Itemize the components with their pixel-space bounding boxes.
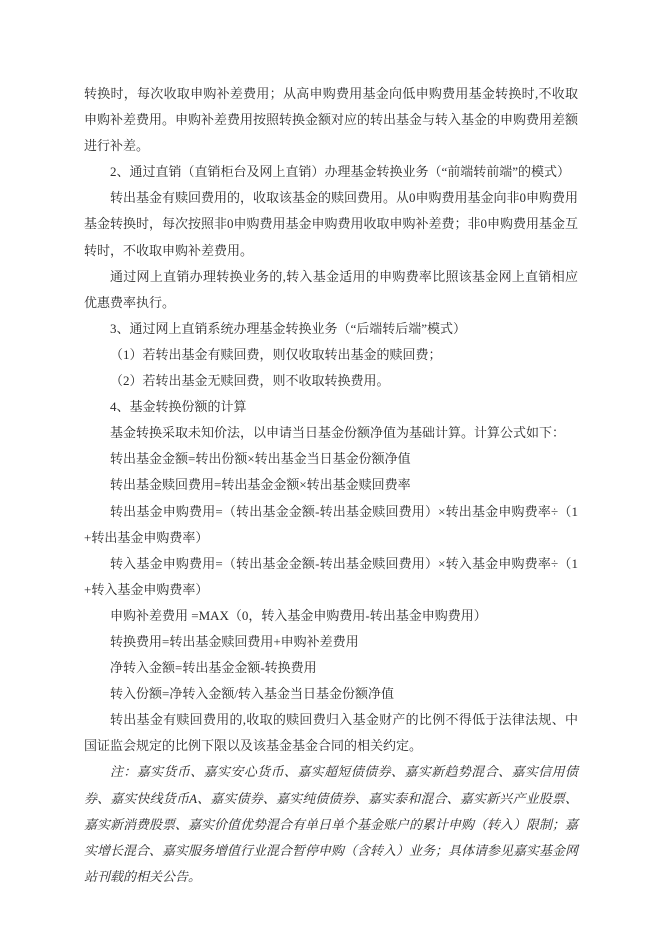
formula-conversion-fee: 转换费用=转出基金赎回费用+申购补差费用	[84, 629, 578, 655]
formula-transfer-out-redemption-fee: 转出基金赎回费用=转出基金金额×转出基金赎回费率	[84, 472, 578, 498]
para-online-direct-discount-rate: 通过网上直销办理转换业务的,转入基金适用的申购费率比照该基金网上直销相应优惠费率…	[84, 264, 578, 316]
para-redemption-fee-front-end: 转出基金有赎回费用的，收取该基金的赎回费用。从0申购费用基金向非0申购费用基金转…	[84, 185, 578, 263]
para-conversion-fee-continuation: 转换时，每次收取申购补差费用；从高申购费用基金向低申购费用基金转换时,不收取申购…	[84, 81, 578, 159]
para-clause-2-no-redemption-fee: （2）若转出基金无赎回费，则不收取转换费用。	[84, 368, 578, 394]
document-page: 转换时，每次收取申购补差费用；从高申购费用基金向低申购费用基金转换时,不收取申购…	[0, 0, 662, 936]
heading-item-4-share-calculation: 4、基金转换份额的计算	[84, 394, 578, 420]
formula-transfer-in-shares: 转入份额=净转入金额/转入基金当日基金份额净值	[84, 681, 578, 707]
formula-subscription-makeup-fee: 申购补差费用 =MAX（0，转入基金申购费用-转出基金申购费用）	[84, 603, 578, 629]
document-text-block: 转换时，每次收取申购补差费用；从高申购费用基金向低申购费用基金转换时,不收取申购…	[84, 81, 578, 890]
note-fund-subscription-restrictions: 注：嘉实货币、嘉实安心货币、嘉实超短债债券、嘉实新趋势混合、嘉实信用债券、嘉实快…	[84, 759, 578, 889]
para-unknown-price-method: 基金转换采取未知价法，以申请当日基金份额净值为基础计算。计算公式如下：	[84, 420, 578, 446]
heading-item-2-direct-sales-mode: 2、通过直销（直销柜台及网上直销）办理基金转换业务（“前端转前端”的模式）	[84, 159, 578, 185]
para-clause-1-redemption-fee: （1）若转出基金有赎回费，则仅收取转出基金的赎回费；	[84, 342, 578, 368]
formula-transfer-in-subscription-fee: 转入基金申购费用=（转出基金金额-转出基金赎回费用）×转入基金申购费率÷（1+转…	[84, 551, 578, 603]
formula-net-transfer-in-amount: 净转入金额=转出基金金额-转换费用	[84, 655, 578, 681]
heading-item-3-backend-mode: 3、通过网上直销系统办理基金转换业务（“后端转后端”模式）	[84, 316, 578, 342]
formula-transfer-out-subscription-fee: 转出基金申购费用=（转出基金金额-转出基金赎回费用）×转出基金申购费率÷（1+转…	[84, 499, 578, 551]
para-redemption-fee-to-fund-assets: 转出基金有赎回费用的,收取的赎回费归入基金财产的比例不得低于法律法规、中国证监会…	[84, 707, 578, 759]
formula-transfer-out-amount: 转出基金金额=转出份额×转出基金当日基金份额净值	[84, 446, 578, 472]
